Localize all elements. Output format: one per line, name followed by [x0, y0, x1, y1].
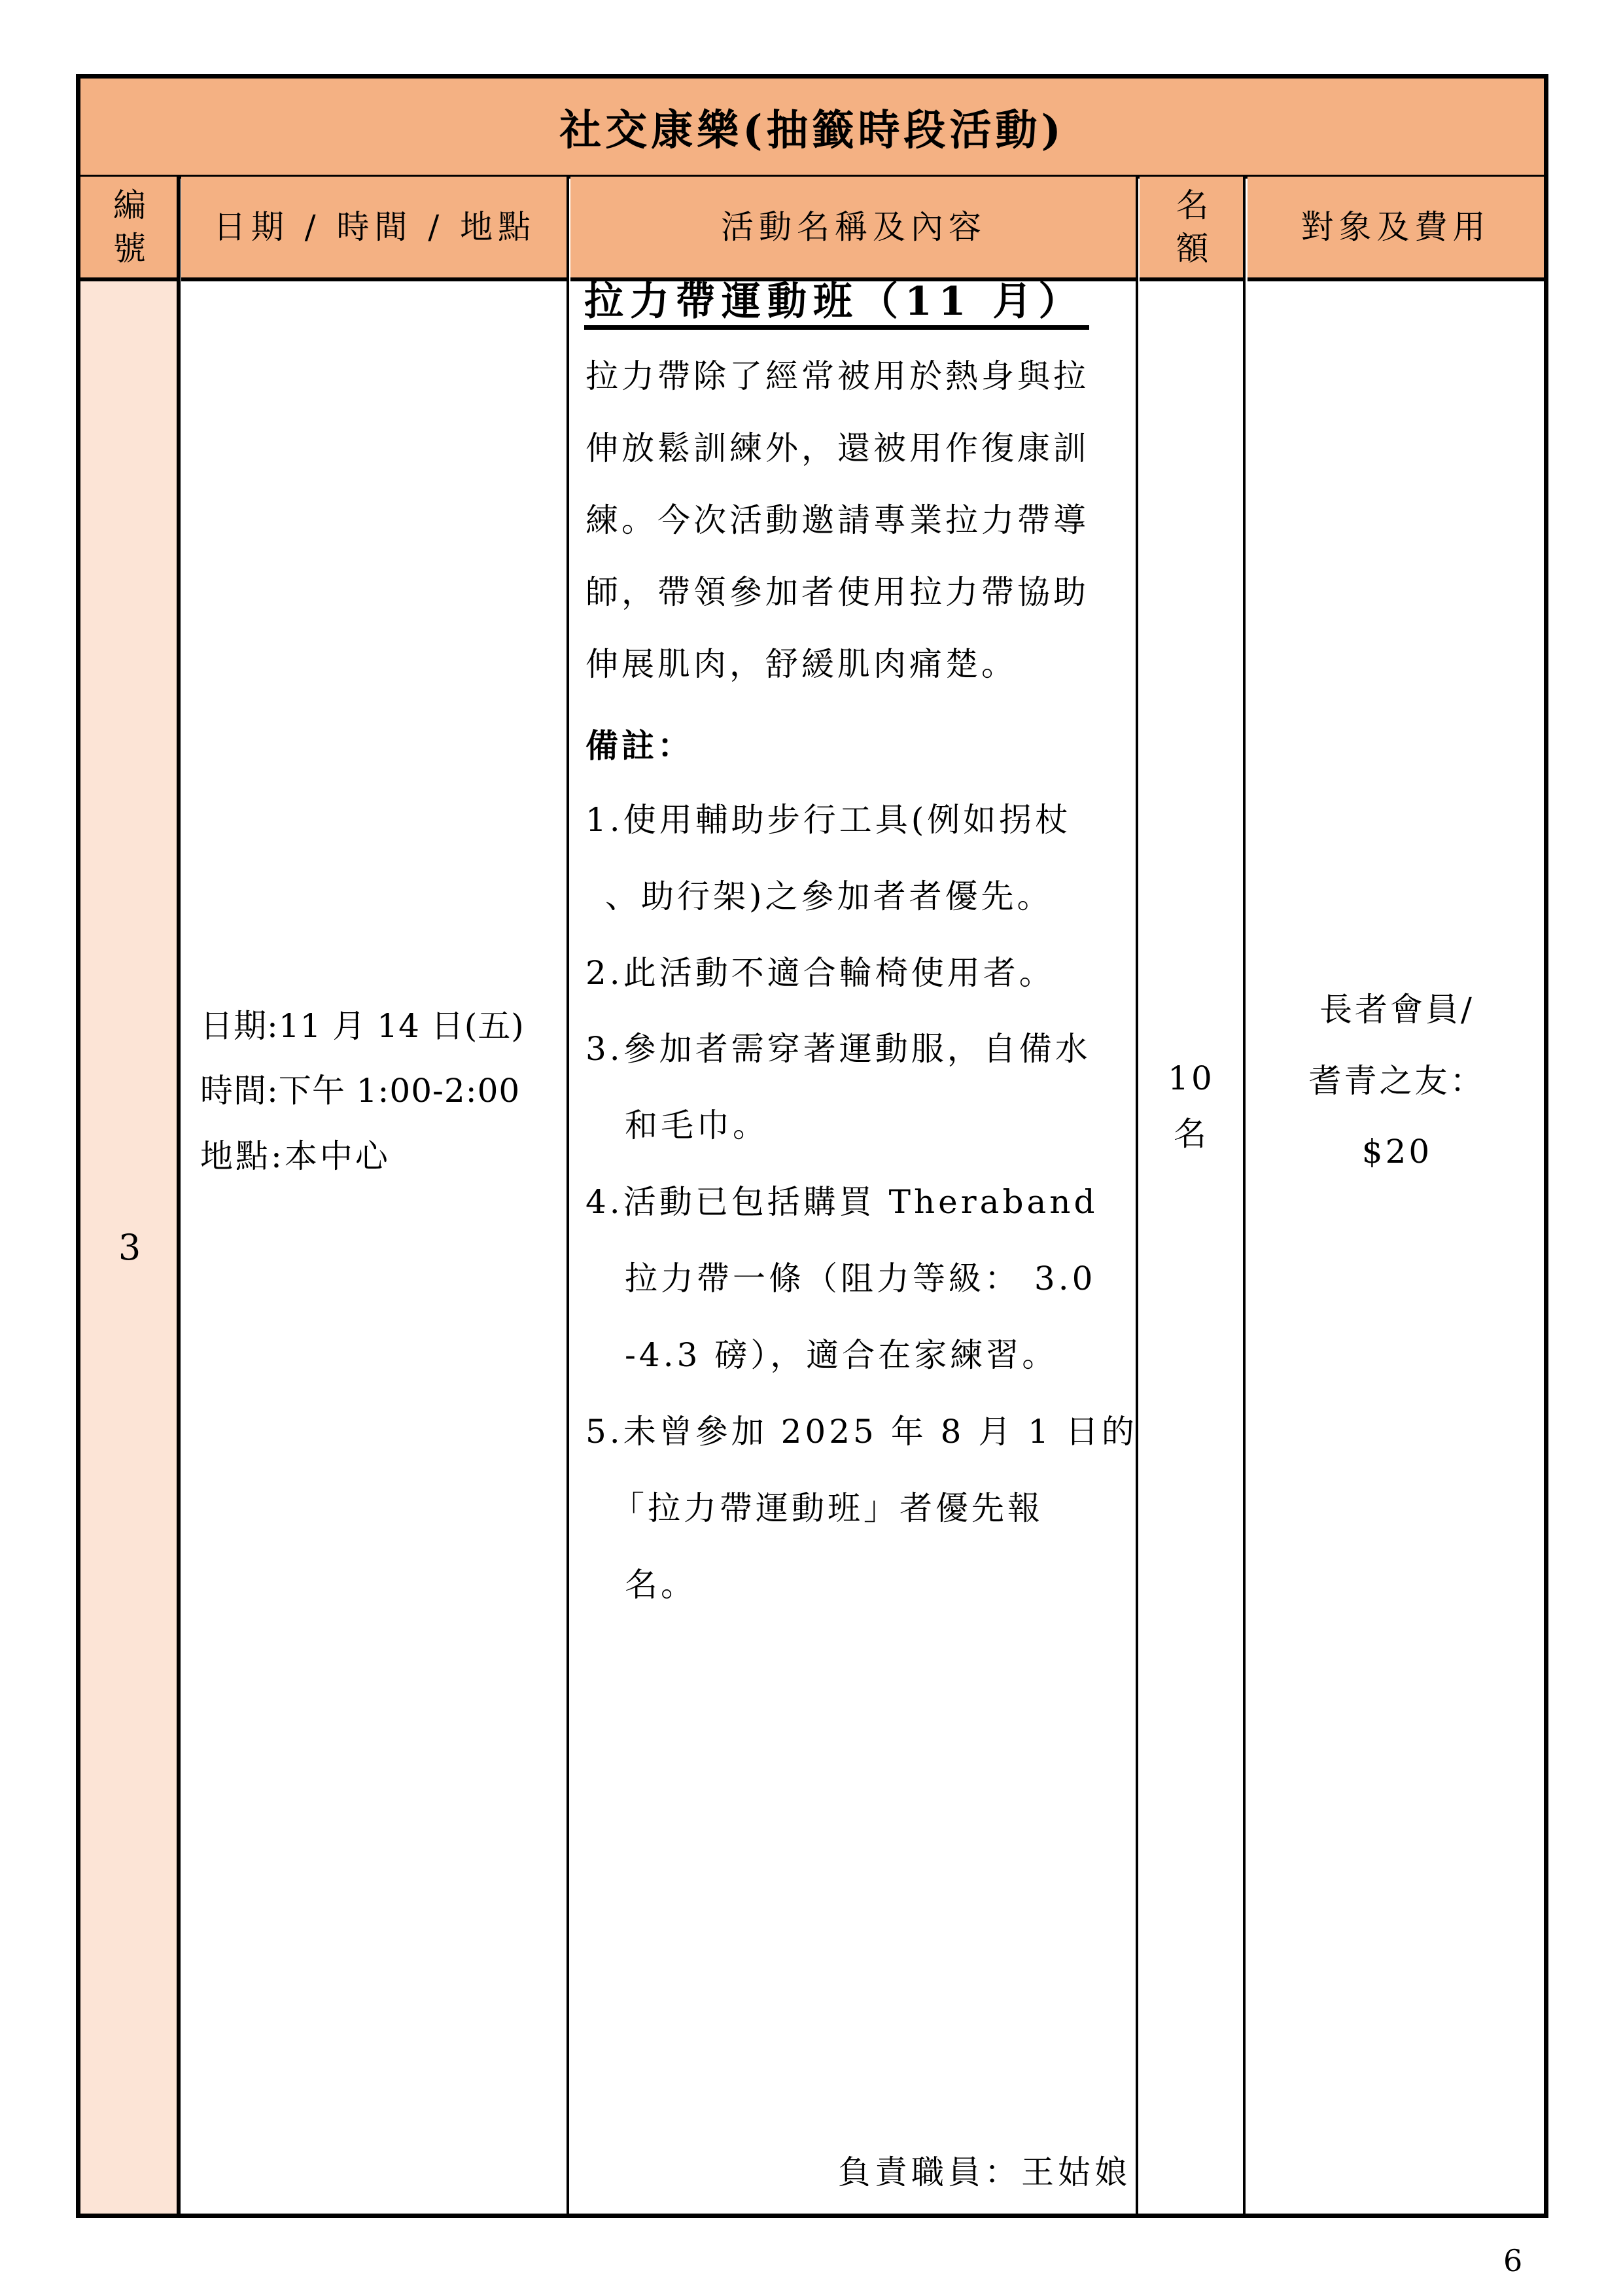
table-title-row: 社交康樂(抽籤時段活動) [76, 74, 1548, 179]
header-quota-line2: 額 [1176, 227, 1209, 270]
header-number: 編 號 [80, 177, 179, 281]
activity-title: 拉力帶運動班（11 月） [584, 278, 1089, 330]
header-number-line2: 號 [113, 227, 146, 270]
note-line-10: 「拉力帶運動班」者優先報 [612, 1489, 1043, 1528]
description-line-1: 拉力帶除了經常被用於熱身與拉 [585, 357, 1089, 396]
note-line-8: -4.3 磅），適合在家練習。 [625, 1335, 1058, 1375]
header-activity: 活動名稱及內容 [570, 177, 1137, 281]
staff-in-charge: 負責職員：王姑娘 [838, 2153, 1131, 2192]
header-datetime-location: 日期 / 時間 / 地點 [181, 177, 568, 281]
notes-label: 備註： [585, 726, 693, 766]
column-divider-4 [1243, 177, 1246, 2215]
row-number: 3 [118, 1227, 141, 1268]
column-divider-3 [1136, 177, 1138, 2215]
header-quota: 名 額 [1140, 177, 1245, 281]
row-number-cell: 3 [80, 281, 179, 2214]
header-datetime-location-label: 日期 / 時間 / 地點 [213, 205, 536, 249]
note-line-6: 4.活動已包括購買 Theraband [585, 1182, 1098, 1222]
table-title: 社交康樂(抽籤時段活動) [559, 97, 1065, 157]
header-target-fee: 對象及費用 [1248, 177, 1544, 281]
note-line-4: 3.參加者需穿著運動服，自備水 [585, 1029, 1091, 1069]
date-text: 日期:11 月 14 日(五) [200, 1006, 525, 1046]
note-line-3: 2.此活動不適合輪椅使用者。 [585, 953, 1055, 993]
note-line-9: 5.未曾參加 2025 年 8 月 1 日的 [585, 1412, 1138, 1451]
note-line-5: 和毛巾。 [625, 1106, 769, 1145]
description-line-5: 伸展肌肉，舒緩肌肉痛楚。 [585, 645, 1017, 684]
note-line-2: 、助行架)之參加者者優先。 [605, 877, 1053, 916]
description-line-4: 師，帶領參加者使用拉力帶協助 [585, 573, 1089, 612]
column-divider-2 [567, 177, 569, 2215]
description-line-2: 伸放鬆訓練外，還被用作復康訓 [585, 429, 1089, 468]
quota-number: 10 [1140, 1059, 1243, 1098]
header-number-line1: 編 [113, 184, 146, 227]
page-number: 6 [1503, 2241, 1522, 2280]
column-divider-1 [177, 177, 181, 2215]
target-line-1: 長者會員/ [1246, 990, 1548, 1029]
description-line-3: 練。今次活動邀請專業拉力帶導 [585, 501, 1089, 540]
header-quota-line1: 名 [1176, 184, 1209, 227]
header-target-fee-label: 對象及費用 [1301, 205, 1491, 249]
note-line-1: 1.使用輔助步行工具(例如拐杖 [585, 800, 1071, 839]
time-text: 時間:下午 1:00-2:00 [200, 1071, 520, 1110]
location-text: 地點:本中心 [200, 1137, 391, 1176]
note-line-7: 拉力帶一條（阻力等級： 3.0 [625, 1259, 1096, 1298]
target-line-2: 耆青之友： [1246, 1061, 1548, 1101]
header-activity-label: 活動名稱及內容 [721, 205, 986, 249]
fee-amount: $20 [1246, 1132, 1548, 1171]
quota-unit: 名 [1140, 1114, 1243, 1154]
note-line-11: 名。 [625, 1565, 697, 1604]
